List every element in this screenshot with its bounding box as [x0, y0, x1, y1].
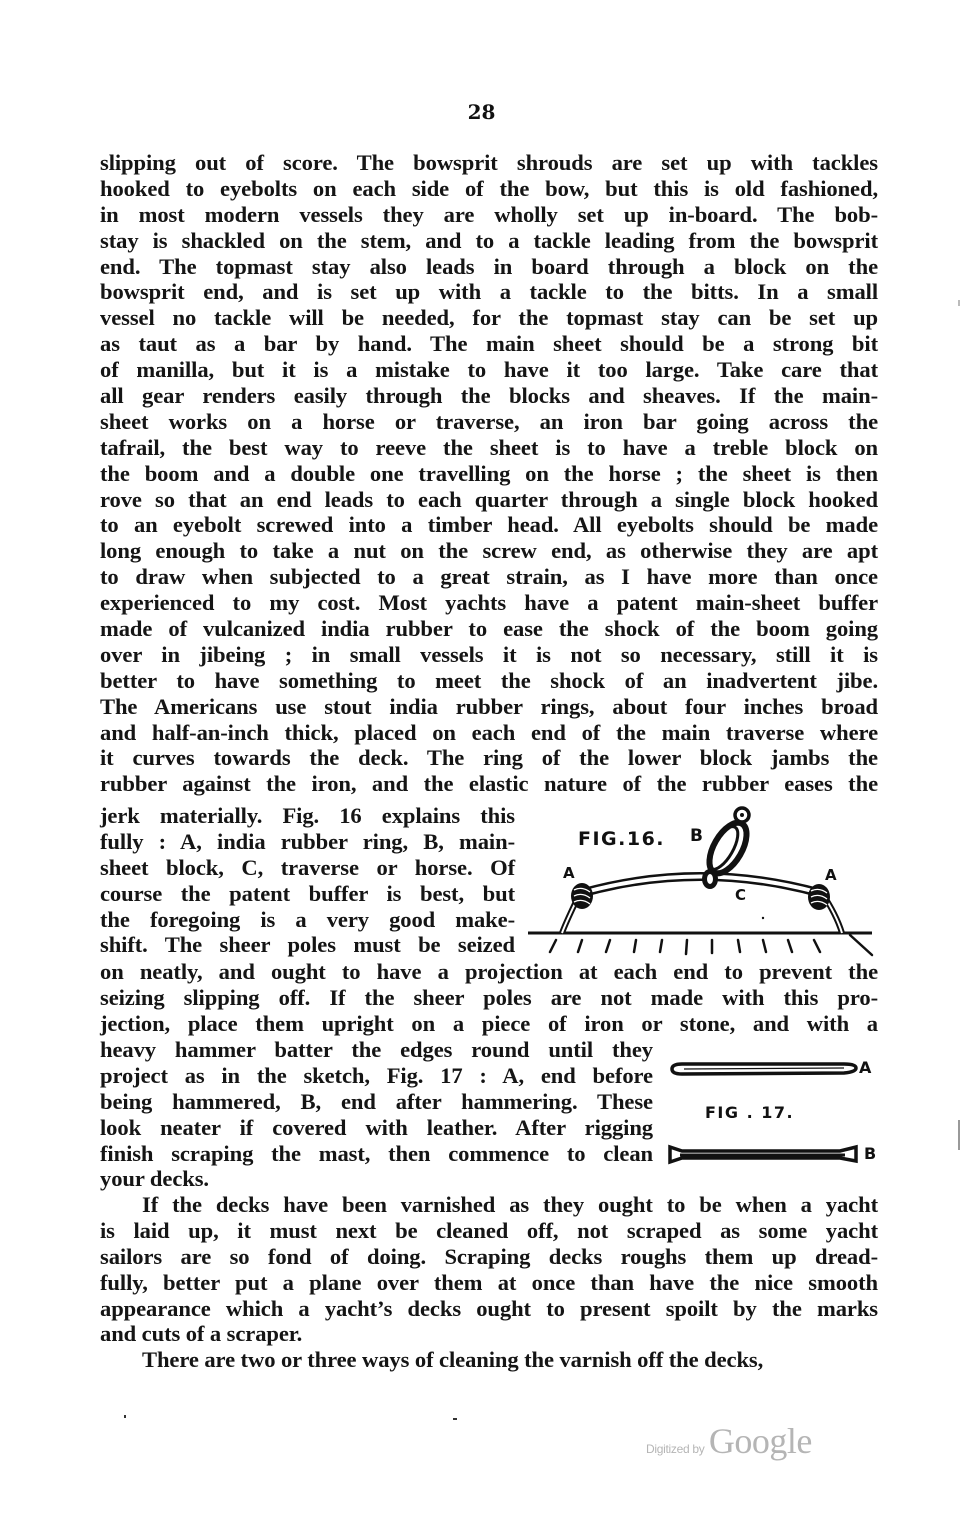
figure-16: FIG.16. B A A C: [520, 800, 880, 960]
scan-speck: [124, 1415, 126, 1418]
text-line: in most modern vessels they are wholly s…: [100, 202, 878, 228]
body-paragraph-1: slipping out of score. The bowsprit shro…: [100, 150, 878, 797]
body-paragraph-decks: If the decks have been varnished as they…: [100, 1192, 878, 1373]
text-line: the foregoing is a very good make-: [100, 907, 515, 933]
text-line: shift. The sheer poles must be seized: [100, 932, 515, 958]
text-line: If the decks have been varnished as they…: [100, 1192, 878, 1218]
text-line: over in jibeing ; in small vessels it is…: [100, 642, 878, 668]
text-line: it curves towards the deck. The ring of …: [100, 745, 878, 771]
text-line: as taut as a bar by hand. The main sheet…: [100, 331, 878, 357]
fig16-label-a-right: A: [825, 866, 838, 884]
text-line: of manilla, but it is a mistake to have …: [100, 357, 878, 383]
text-line: sheet block, C, traverse or horse. Of: [100, 855, 515, 881]
page-number: 28: [0, 100, 963, 124]
body-paragraph-fig16-wrap: jerk materially. Fig. 16 explains thisfu…: [100, 803, 515, 958]
scan-speck: [958, 300, 960, 306]
text-line: sheet works on a horse or traverse, an i…: [100, 409, 878, 435]
watermark-prefix: Digitized by: [646, 1442, 704, 1456]
google-watermark: Digitized by Google: [646, 1420, 812, 1462]
text-line: course the patent buffer is best, but: [100, 881, 515, 907]
text-line: tafrail, the best way to reeve the sheet…: [100, 435, 878, 461]
text-line: finish scraping the mast, then commence …: [100, 1141, 653, 1167]
text-line: fully : A, india rubber ring, B, main-: [100, 829, 515, 855]
text-line: experienced to my cost. Most yachts have…: [100, 590, 878, 616]
text-line: jection, place them upright on a piece o…: [100, 1011, 878, 1037]
text-line: made of vulcanized india rubber to ease …: [100, 616, 878, 642]
text-line: the boom and a double one travelling on …: [100, 461, 878, 487]
text-line: sailors are so fond of doing. Scraping d…: [100, 1244, 878, 1270]
text-line: and half-an-inch thick, placed on each e…: [100, 720, 878, 746]
text-line: and cuts of a scraper.: [100, 1321, 878, 1347]
scan-speck: [453, 1418, 457, 1420]
text-line: on neatly, and ought to have a projectio…: [100, 959, 878, 985]
fig16-title: FIG.16.: [578, 828, 665, 850]
text-line: end. The topmast stay also leads in boar…: [100, 254, 878, 280]
text-line: being hammered, B, end after hammering. …: [100, 1089, 653, 1115]
text-line: to draw when subjected to a great strain…: [100, 564, 878, 590]
text-line: fully, better put a plane over them at o…: [100, 1270, 878, 1296]
text-line: hooked to eyebolts on each side of the b…: [100, 176, 878, 202]
text-line: seizing slipping off. If the sheer poles…: [100, 985, 878, 1011]
fig17-title: FIG . 17.: [705, 1103, 794, 1122]
text-line: bowsprit end, and is set up with a tackl…: [100, 279, 878, 305]
text-line: stay is shackled on the stem, and to a t…: [100, 228, 878, 254]
body-paragraph-continued: on neatly, and ought to have a projectio…: [100, 959, 878, 1037]
body-paragraph-fig17-wrap: heavy hammer batter the edges round unti…: [100, 1037, 653, 1166]
text-line: is laid up, it must next be cleaned off,…: [100, 1218, 878, 1244]
text-line: better to have something to meet the sho…: [100, 668, 878, 694]
text-line: long enough to take a nut on the screw e…: [100, 538, 878, 564]
text-line: The Americans use stout india rubber rin…: [100, 694, 878, 720]
text-line: rubber against the iron, and the elastic…: [100, 771, 878, 797]
fig16-label-b: B: [690, 826, 704, 846]
text-line: all gear renders easily through the bloc…: [100, 383, 878, 409]
text-line: look neater if covered with leather. Aft…: [100, 1115, 653, 1141]
watermark-brand: Google: [709, 1421, 812, 1461]
text-line: rove so that an end leads to each quarte…: [100, 487, 878, 513]
text-line: heavy hammer batter the edges round unti…: [100, 1037, 653, 1063]
text-line: jerk materially. Fig. 16 explains this: [100, 803, 515, 829]
text-line: appearance which a yacht’s decks ought t…: [100, 1296, 878, 1322]
fig17-label-a: A: [859, 1058, 873, 1077]
text-line: project as in the sketch, Fig. 17 : A, e…: [100, 1063, 653, 1089]
scan-speck: [958, 1120, 960, 1150]
fig16-label-a-left: A: [563, 864, 576, 882]
figure-17: A FIG . 17. B: [660, 1050, 890, 1175]
fig17-label-b: B: [864, 1144, 878, 1163]
text-line: to an eyebolt screwed into a timber head…: [100, 512, 878, 538]
text-line: There are two or three ways of cleaning …: [100, 1347, 878, 1373]
fig16-label-c: C: [735, 886, 748, 904]
text-line: vessel no tackle will be needed, for the…: [100, 305, 878, 331]
text-line: slipping out of score. The bowsprit shro…: [100, 150, 878, 176]
